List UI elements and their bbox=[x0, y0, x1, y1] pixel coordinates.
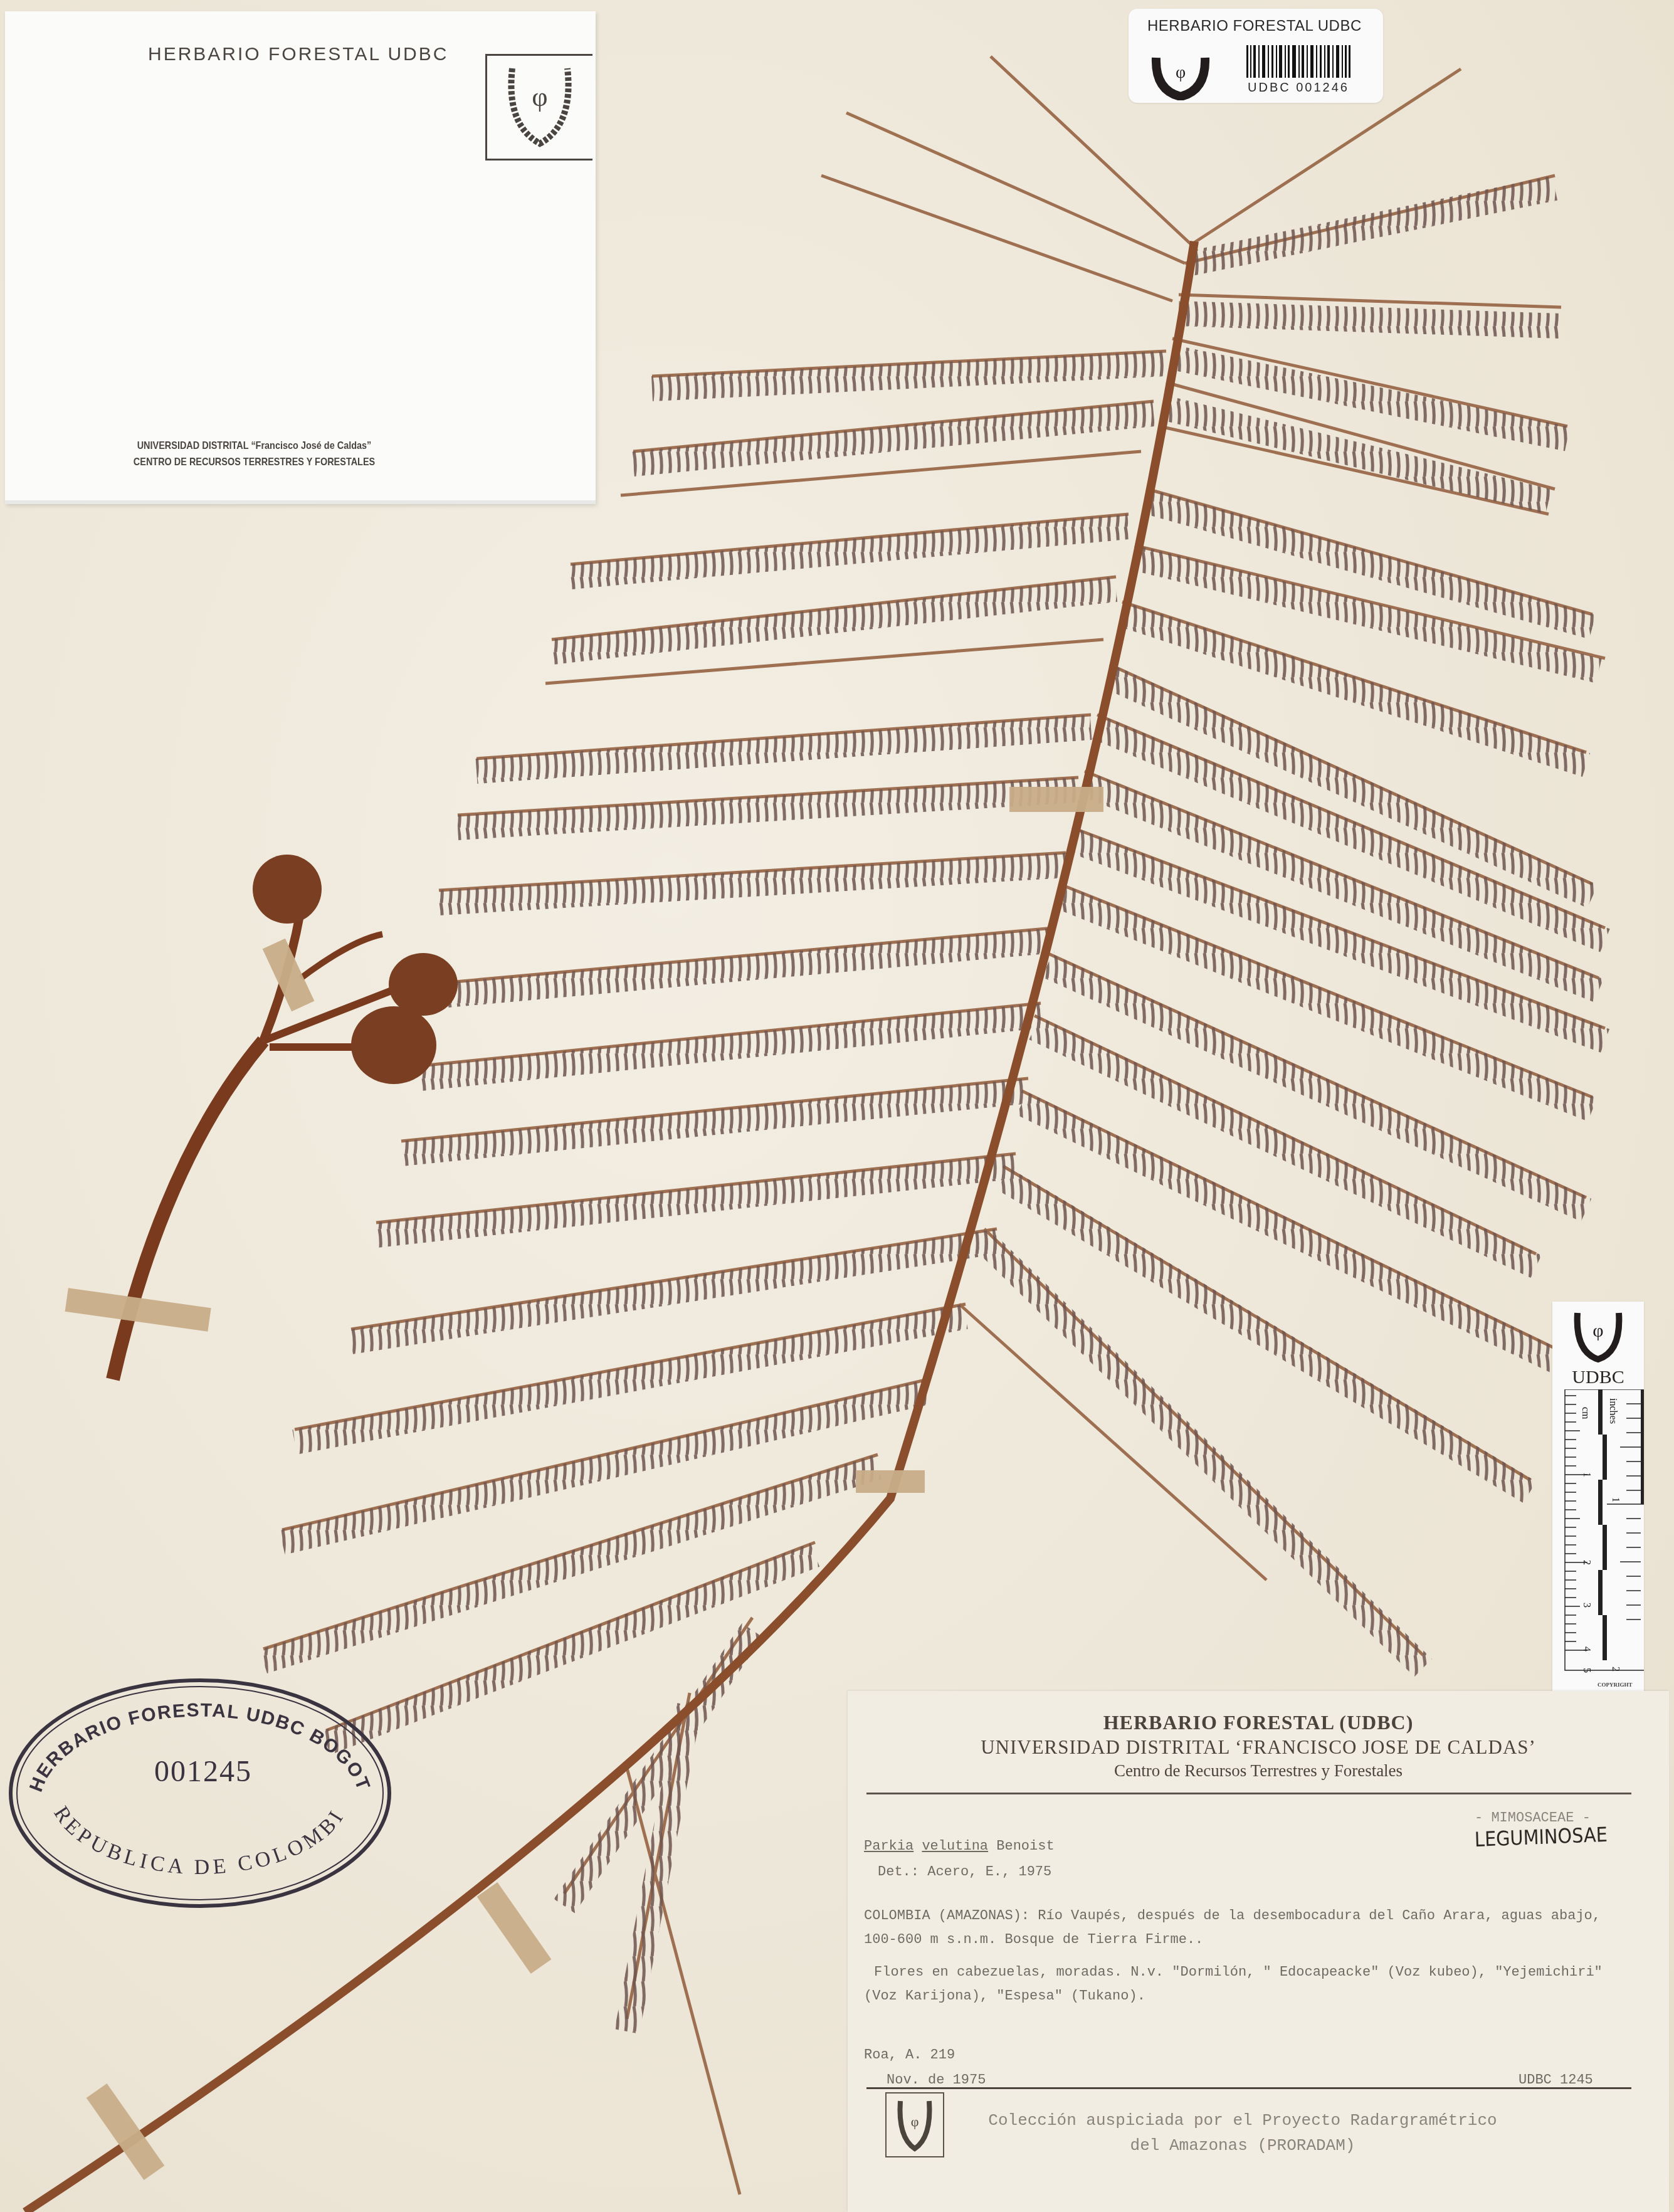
species: velutina bbox=[922, 1838, 988, 1854]
barcode-title: HERBARIO FORESTAL UDBC bbox=[1147, 18, 1362, 35]
catalog-number: UDBC 1245 bbox=[1519, 2072, 1593, 2088]
determination: Det.: Acero, E., 1975 bbox=[878, 1864, 1051, 1880]
svg-text:φ: φ bbox=[911, 2114, 919, 2129]
ruler-scale: cm inches 1 2 3 4 5 1 2 bbox=[1552, 1389, 1644, 1684]
family-handwritten: LEGUMINOSAE bbox=[1474, 1823, 1608, 1851]
specimen-label: HERBARIO FORESTAL (UDBC) UNIVERSIDAD DIS… bbox=[848, 1691, 1669, 2212]
svg-text:5: 5 bbox=[1581, 1668, 1592, 1673]
label-divider-bottom bbox=[866, 2087, 1631, 2089]
barcode bbox=[1246, 45, 1350, 78]
svg-text:φ: φ bbox=[1176, 63, 1186, 82]
sponsor-line-1: Colección auspiciada por el Proyecto Rad… bbox=[929, 2108, 1556, 2133]
label-header-university: UNIVERSIDAD DISTRITAL ‘FRANCISCO JOSE DE… bbox=[848, 1736, 1669, 1759]
svg-text:2: 2 bbox=[1581, 1560, 1592, 1565]
phi-fern-wreath-icon: φ bbox=[1149, 53, 1213, 100]
sponsor-note: Colección auspiciada por el Proyecto Rad… bbox=[929, 2108, 1556, 2158]
author: Benoist bbox=[996, 1838, 1054, 1854]
inches-label: inches bbox=[1608, 1398, 1618, 1424]
herbarium-stamp: HERBARIO FORESTAL UDBC BOGOTA DE. REPUBL… bbox=[4, 1674, 396, 1912]
label-header-center: Centro de Recursos Terrestres y Forestal… bbox=[848, 1761, 1669, 1781]
collection-date: Nov. de 1975 bbox=[887, 2072, 986, 2088]
collector: Roa, A. 219 bbox=[864, 2047, 955, 2063]
envelope-footer-center: CENTRO DE RECURSOS TERRESTRES Y FORESTAL… bbox=[68, 454, 441, 470]
locality: COLOMBIA (AMAZONAS): Río Vaupés, después… bbox=[864, 1904, 1604, 1952]
barcode-label: HERBARIO FORESTAL UDBC φ UDBC 001246 bbox=[1129, 9, 1383, 103]
field-notes: Flores en cabezuelas, moradas. N.v. "Dor… bbox=[864, 1961, 1604, 2008]
ruler-copyright: COPYRIGHT bbox=[1598, 1682, 1633, 1688]
svg-text:φ: φ bbox=[1592, 1320, 1603, 1341]
sponsor-line-2: del Amazonas (PRORADAM) bbox=[929, 2133, 1556, 2158]
genus: Parkia bbox=[864, 1838, 913, 1854]
phi-fern-wreath-icon: φ bbox=[1552, 1302, 1644, 1364]
ruler-brand: UDBC bbox=[1552, 1367, 1644, 1388]
envelope-title: HERBARIO FORESTAL UDBC bbox=[148, 44, 448, 65]
svg-text:φ: φ bbox=[532, 82, 547, 112]
svg-text:2: 2 bbox=[1610, 1667, 1621, 1672]
svg-text:1: 1 bbox=[1581, 1472, 1592, 1477]
svg-text:4: 4 bbox=[1581, 1646, 1592, 1651]
stamp-number: 001245 bbox=[154, 1754, 252, 1789]
barcode-number: UDBC 001246 bbox=[1248, 81, 1349, 95]
svg-text:1: 1 bbox=[1610, 1497, 1621, 1502]
label-header-herbarium: HERBARIO FORESTAL (UDBC) bbox=[848, 1711, 1669, 1734]
scientific-name: Parkia velutina Benoist bbox=[864, 1838, 1055, 1854]
fragment-envelope[interactable]: HERBARIO FORESTAL UDBC φ UNIVERSIDAD DIS… bbox=[5, 11, 596, 504]
cm-label: cm bbox=[1580, 1407, 1591, 1419]
label-divider bbox=[866, 1793, 1631, 1794]
scale-ruler: φ UDBC bbox=[1552, 1302, 1644, 1697]
svg-text:3: 3 bbox=[1581, 1603, 1592, 1608]
envelope-footer-university: UNIVERSIDAD DISTRITAL “Francisco José de… bbox=[68, 438, 441, 454]
phi-fern-wreath-icon: φ bbox=[485, 54, 592, 161]
